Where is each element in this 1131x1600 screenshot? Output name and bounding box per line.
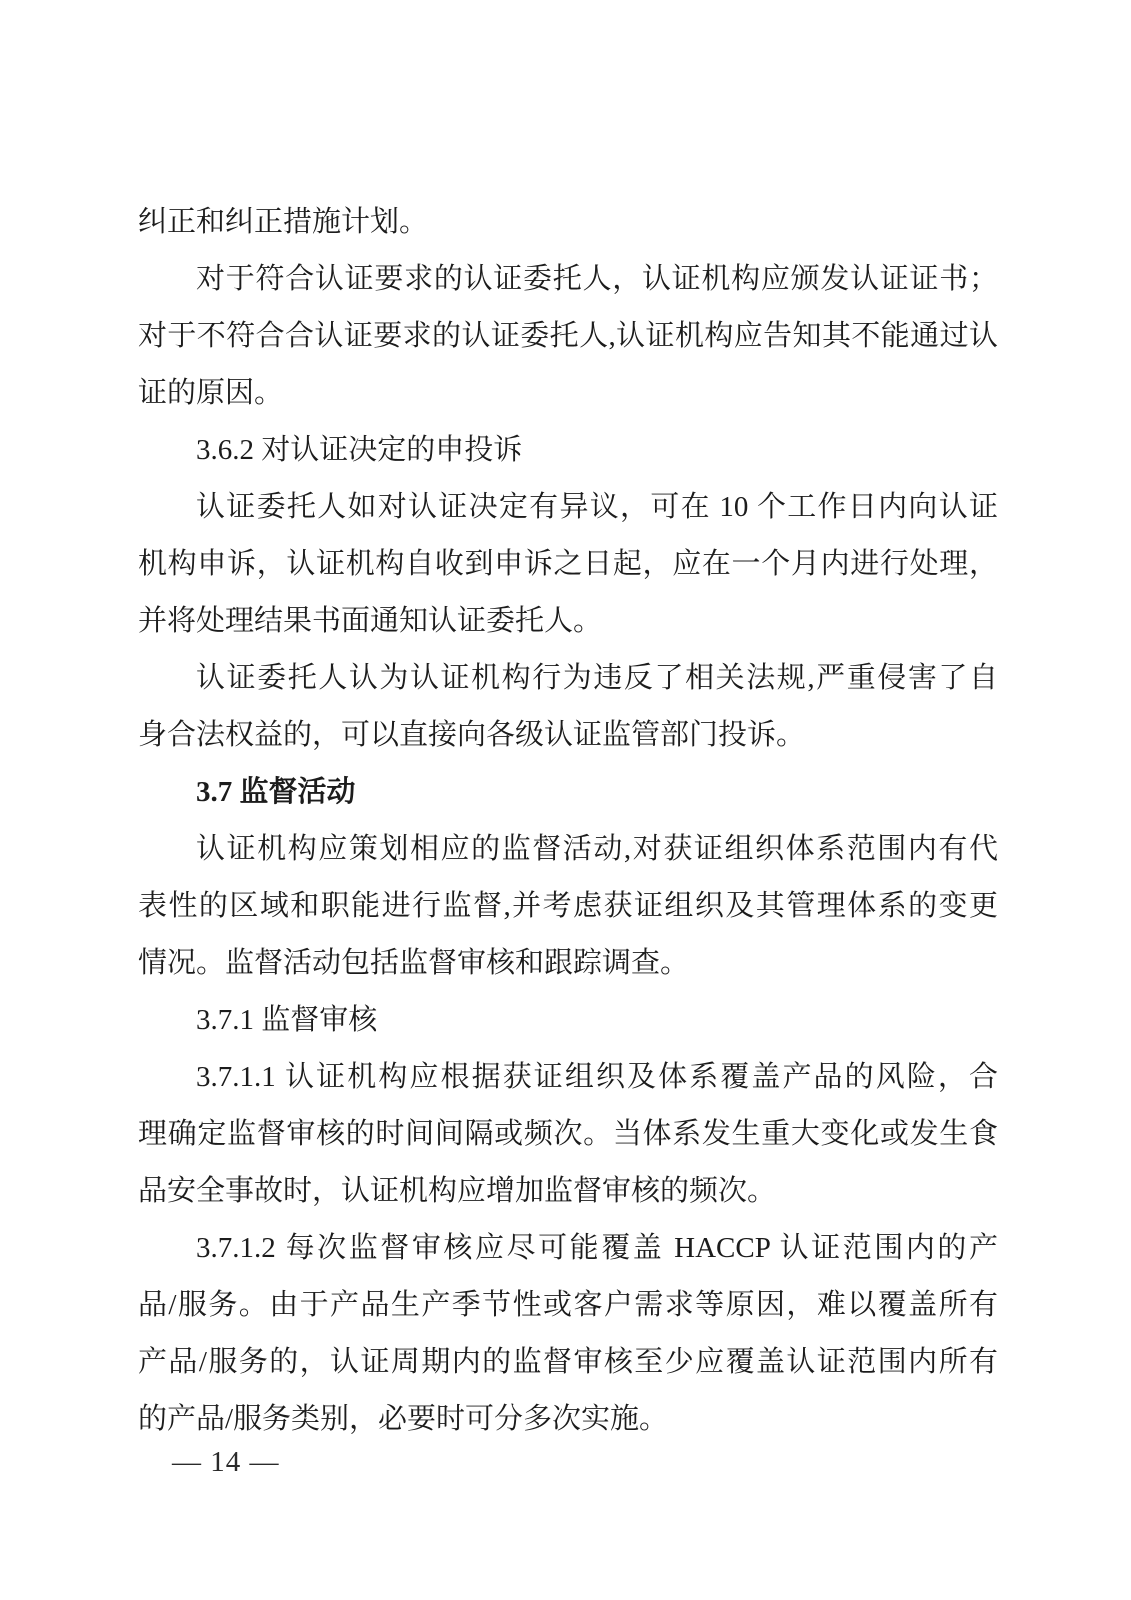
- body-line: 理确定监督审核的时间间隔或频次。当体系发生重大变化或发生食: [138, 1106, 998, 1163]
- body-line: 表性的区域和职能进行监督,并考虑获证组织及其管理体系的变更: [138, 878, 998, 935]
- body-line: 证的原因。: [138, 365, 998, 422]
- body-line: 认证机构应策划相应的监督活动,对获证组织体系范围内有代: [138, 821, 998, 878]
- body-line: 纠正和纠正措施计划。: [138, 194, 998, 251]
- body-line: 认证委托人认为认证机构行为违反了相关法规,严重侵害了自: [138, 650, 998, 707]
- body-line: 3.7.1.1 认证机构应根据获证组织及体系覆盖产品的风险，合: [138, 1049, 998, 1106]
- heading-3-7: 3.7 监督活动: [138, 764, 998, 821]
- document-text-block: 纠正和纠正措施计划。 对于符合认证要求的认证委托人，认证机构应颁发认证证书； 对…: [138, 194, 998, 1448]
- body-line: 对于不符合合认证要求的认证委托人,认证机构应告知其不能通过认: [138, 308, 998, 365]
- body-line: 认证委托人如对认证决定有异议，可在 10 个工作日内向认证: [138, 479, 998, 536]
- body-line: 对于符合认证要求的认证委托人，认证机构应颁发认证证书；: [138, 251, 998, 308]
- heading-3-7-1: 3.7.1 监督审核: [138, 992, 998, 1049]
- body-line: 情况。监督活动包括监督审核和跟踪调查。: [138, 935, 998, 992]
- body-line: 品安全事故时，认证机构应增加监督审核的频次。: [138, 1163, 998, 1220]
- body-line: 3.7.1.2 每次监督审核应尽可能覆盖 HACCP 认证范围内的产: [138, 1220, 998, 1277]
- body-line: 并将处理结果书面通知认证委托人。: [138, 593, 998, 650]
- page-number: — 14 —: [172, 1442, 280, 1482]
- body-line: 的产品/服务类别，必要时可分多次实施。: [138, 1391, 998, 1448]
- body-line: 产品/服务的，认证周期内的监督审核至少应覆盖认证范围内所有: [138, 1334, 998, 1391]
- body-line: 机构申诉，认证机构自收到申诉之日起，应在一个月内进行处理，: [138, 536, 998, 593]
- body-line: 品/服务。由于产品生产季节性或客户需求等原因，难以覆盖所有: [138, 1277, 998, 1334]
- body-line: 身合法权益的，可以直接向各级认证监管部门投诉。: [138, 707, 998, 764]
- document-page: 纠正和纠正措施计划。 对于符合认证要求的认证委托人，认证机构应颁发认证证书； 对…: [0, 0, 1131, 1600]
- heading-3-6-2: 3.6.2 对认证决定的申投诉: [138, 422, 998, 479]
